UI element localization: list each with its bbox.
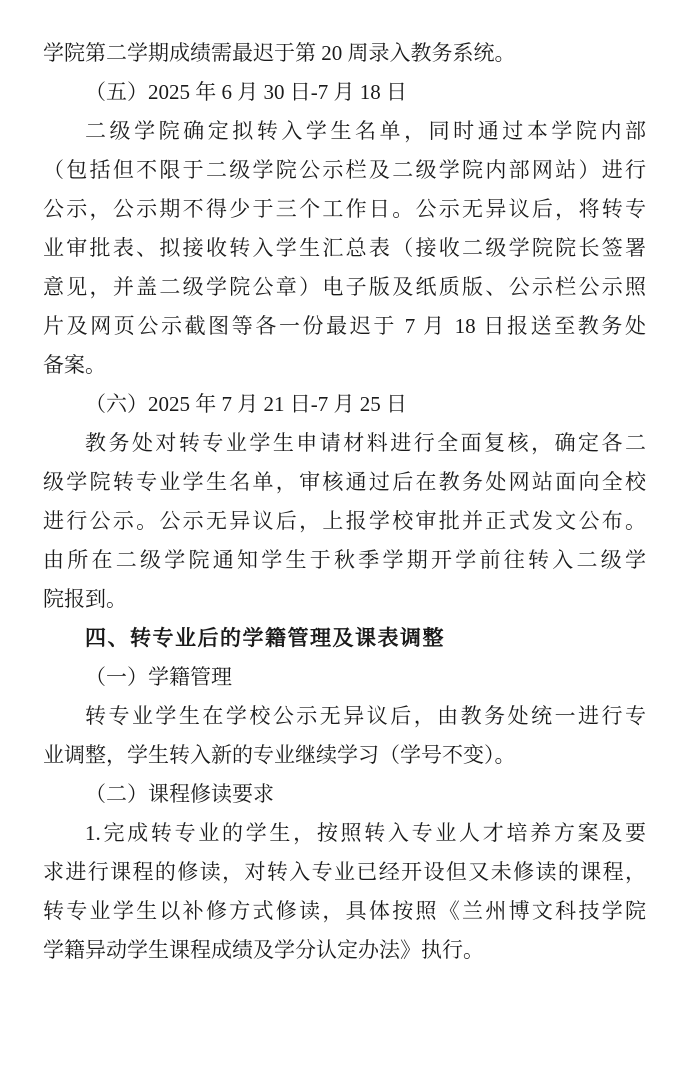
paragraph: 1.完成转专业的学生，按照转入专业人才培养方案及要 求进行课程的修读，对转入专业… <box>43 814 646 970</box>
text-line: 业审批表、拟接收转入学生汇总表（接收二级学院院长签署 <box>43 229 646 268</box>
paragraph: 学院第二学期成绩需最迟于第 20 周录入教务系统。 <box>43 34 646 73</box>
text-line: 教务处对转专业学生申请材料进行全面复核，确定各二 <box>43 424 646 463</box>
paragraph: 二级学院确定拟转入学生名单，同时通过本学院内部 （包括但不限于二级学院公示栏及二… <box>43 112 646 385</box>
text-line: 意见，并盖二级学院公章）电子版及纸质版、公示栏公示照 <box>43 268 646 307</box>
date-subheading: （六）2025 年 7 月 21 日-7 月 25 日 <box>43 385 646 424</box>
text-line: 进行公示。公示无异议后，上报学校审批并正式发文公布。 <box>43 502 646 541</box>
text-line: 二级学院确定拟转入学生名单，同时通过本学院内部 <box>43 112 646 151</box>
date-subheading: （五）2025 年 6 月 30 日-7 月 18 日 <box>43 73 646 112</box>
paragraph: 教务处对转专业学生申请材料进行全面复核，确定各二 级学院转专业学生名单，审核通过… <box>43 424 646 619</box>
text-line: 备案。 <box>43 346 646 385</box>
text-line: 转专业学生以补修方式修读，具体按照《兰州博文科技学院 <box>43 892 646 931</box>
paragraph: 转专业学生在学校公示无异议后，由教务处统一进行专 业调整，学生转入新的专业继续学… <box>43 697 646 775</box>
text-line: 转专业学生在学校公示无异议后，由教务处统一进行专 <box>43 697 646 736</box>
text-line: 院报到。 <box>43 580 646 619</box>
text-line: 由所在二级学院通知学生于秋季学期开学前往转入二级学 <box>43 541 646 580</box>
text-line: 业调整，学生转入新的专业继续学习（学号不变）。 <box>43 736 646 775</box>
sub-heading: （二）课程修读要求 <box>43 775 646 814</box>
document-page: 学院第二学期成绩需最迟于第 20 周录入教务系统。 （五）2025 年 6 月 … <box>0 0 690 1069</box>
paragraph: （六）2025 年 7 月 21 日-7 月 25 日 <box>43 385 646 424</box>
text-line: （包括但不限于二级学院公示栏及二级学院内部网站）进行 <box>43 151 646 190</box>
text-line: 求进行课程的修读，对转入专业已经开设但又未修读的课程， <box>43 853 646 892</box>
text-line: 学籍异动学生课程成绩及学分认定办法》执行。 <box>43 931 646 970</box>
paragraph: （一）学籍管理 <box>43 658 646 697</box>
section-heading: 四、转专业后的学籍管理及课表调整 <box>43 619 646 658</box>
document-text: 学院第二学期成绩需最迟于第 20 周录入教务系统。 （五）2025 年 6 月 … <box>43 34 646 970</box>
paragraph: （五）2025 年 6 月 30 日-7 月 18 日 <box>43 73 646 112</box>
paragraph: （二）课程修读要求 <box>43 775 646 814</box>
text-line: 级学院转专业学生名单，审核通过后在教务处网站面向全校 <box>43 463 646 502</box>
text-line: 学院第二学期成绩需最迟于第 20 周录入教务系统。 <box>43 34 646 73</box>
text-line: 片及网页公示截图等各一份最迟于 7 月 18 日报送至教务处 <box>43 307 646 346</box>
text-line: 公示，公示期不得少于三个工作日。公示无异议后，将转专 <box>43 190 646 229</box>
paragraph: 四、转专业后的学籍管理及课表调整 <box>43 619 646 658</box>
sub-heading: （一）学籍管理 <box>43 658 646 697</box>
text-line: 1.完成转专业的学生，按照转入专业人才培养方案及要 <box>43 814 646 853</box>
